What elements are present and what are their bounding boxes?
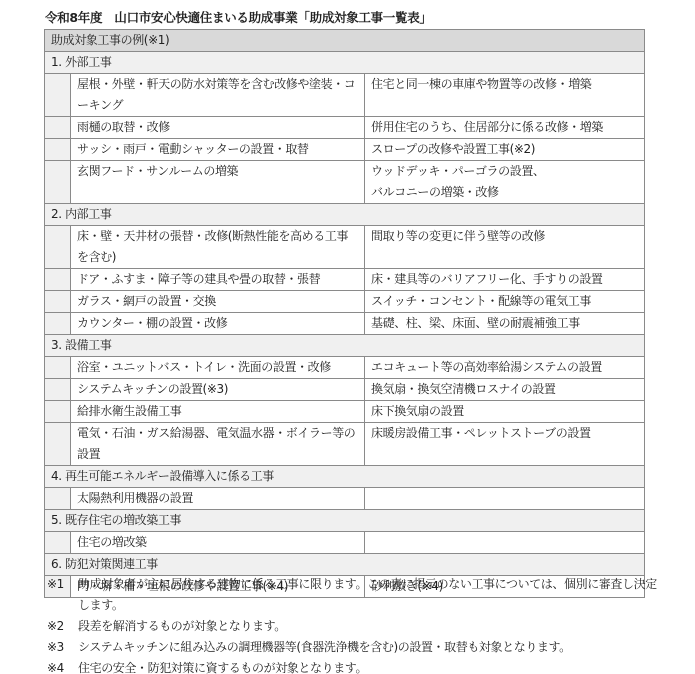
- table-row: 住宅の増改築: [45, 532, 645, 554]
- work-item-right: 換気扇・換気空清機ロスナイの設置: [365, 379, 645, 401]
- section-row: 5. 既存住宅の増改築工事: [45, 510, 645, 532]
- footnote: ※4住宅の安全・防犯対策に資するものが対象となります。: [47, 658, 667, 674]
- table-row: 電気・石油・ガス給湯器、電気温水器・ボイラー等の設置床暖房設備工事・ペレットスト…: [45, 423, 645, 466]
- footnote: ※2段差を解消するものが対象となります。: [47, 616, 667, 637]
- work-item-left: 住宅の増改築: [71, 532, 365, 554]
- footnote-mark: ※1: [47, 574, 78, 616]
- indent-spacer: [45, 161, 71, 204]
- section-row: 4. 再生可能エネルギー設備導入に係る工事: [45, 466, 645, 488]
- work-item-right: スロープの改修や設置工事(※2): [365, 139, 645, 161]
- table-row: ガラス・網戸の設置・交換スイッチ・コンセント・配線等の電気工事: [45, 291, 645, 313]
- footnote-text: システムキッチンに組み込みの調理機器等(食器洗浄機を含む)の設置・取替も対象とな…: [78, 637, 667, 658]
- section-title: 6. 防犯対策関連工事: [45, 554, 645, 576]
- section-row: 3. 設備工事: [45, 335, 645, 357]
- table-row: 玄関フード・サンルームの増築ウッドデッキ・パーゴラの設置、 バルコニーの増築・改…: [45, 161, 645, 204]
- work-item-right: 住宅と同一棟の車庫や物置等の改修・増築: [365, 74, 645, 117]
- work-item-left: 電気・石油・ガス給湯器、電気温水器・ボイラー等の設置: [71, 423, 365, 466]
- table-row: 雨樋の取替・改修併用住宅のうち、住居部分に係る改修・増築: [45, 117, 645, 139]
- work-item-left: 雨樋の取替・改修: [71, 117, 365, 139]
- table-row: サッシ・雨戸・電動シャッターの設置・取替スロープの改修や設置工事(※2): [45, 139, 645, 161]
- work-item-left: ドア・ふすま・障子等の建具や畳の取替・張替: [71, 269, 365, 291]
- indent-spacer: [45, 379, 71, 401]
- work-item-left: ガラス・網戸の設置・交換: [71, 291, 365, 313]
- section-title: 2. 内部工事: [45, 204, 645, 226]
- indent-spacer: [45, 291, 71, 313]
- indent-spacer: [45, 74, 71, 117]
- indent-spacer: [45, 401, 71, 423]
- footnote-text: 段差を解消するものが対象となります。: [78, 616, 667, 637]
- table-header: 助成対象工事の例(※1): [45, 30, 645, 52]
- footnote-mark: ※3: [47, 637, 78, 658]
- work-item-left: 玄関フード・サンルームの増築: [71, 161, 365, 204]
- work-item-left: 床・壁・天井材の張替・改修(断熱性能を高める工事を含む): [71, 226, 365, 269]
- footnote-mark: ※2: [47, 616, 78, 637]
- work-item-right: ウッドデッキ・パーゴラの設置、 バルコニーの増築・改修: [365, 161, 645, 204]
- document-title: 令和8年度 山口市安心快適住まいる助成事業「助成対象工事一覧表」: [45, 8, 432, 26]
- section-title: 5. 既存住宅の増改築工事: [45, 510, 645, 532]
- indent-spacer: [45, 313, 71, 335]
- section-row: 6. 防犯対策関連工事: [45, 554, 645, 576]
- indent-spacer: [45, 357, 71, 379]
- indent-spacer: [45, 269, 71, 291]
- section-row: 1. 外部工事: [45, 52, 645, 74]
- table-header-row: 助成対象工事の例(※1): [45, 30, 645, 52]
- work-item-left: カウンター・棚の設置・改修: [71, 313, 365, 335]
- work-item-left: 浴室・ユニットバス・トイレ・洗面の設置・改修: [71, 357, 365, 379]
- work-item-left: 給排水衛生設備工事: [71, 401, 365, 423]
- table-row: ドア・ふすま・障子等の建具や畳の取替・張替床・建具等のバリアフリー化、手すりの設…: [45, 269, 645, 291]
- work-item-right: 間取り等の変更に伴う壁等の改修: [365, 226, 645, 269]
- table-row: カウンター・棚の設置・改修基礎、柱、梁、床面、壁の耐震補強工事: [45, 313, 645, 335]
- footnote: ※3システムキッチンに組み込みの調理機器等(食器洗浄機を含む)の設置・取替も対象…: [47, 637, 667, 658]
- work-item-left: サッシ・雨戸・電動シャッターの設置・取替: [71, 139, 365, 161]
- footnote-text: 住宅の安全・防犯対策に資するものが対象となります。: [78, 658, 667, 674]
- table-row: 太陽熱利用機器の設置: [45, 488, 645, 510]
- section-title: 4. 再生可能エネルギー設備導入に係る工事: [45, 466, 645, 488]
- indent-spacer: [45, 117, 71, 139]
- work-item-right: [365, 532, 645, 554]
- eligible-works-table: 助成対象工事の例(※1) 1. 外部工事屋根・外壁・軒天の防水対策等を含む改修や…: [44, 29, 645, 598]
- table-row: 床・壁・天井材の張替・改修(断熱性能を高める工事を含む)間取り等の変更に伴う壁等…: [45, 226, 645, 269]
- work-item-left: 太陽熱利用機器の設置: [71, 488, 365, 510]
- section-title: 1. 外部工事: [45, 52, 645, 74]
- work-item-right: [365, 488, 645, 510]
- work-item-right: スイッチ・コンセント・配線等の電気工事: [365, 291, 645, 313]
- table-row: 屋根・外壁・軒天の防水対策等を含む改修や塗装・コーキング住宅と同一棟の車庫や物置…: [45, 74, 645, 117]
- work-item-left: システムキッチンの設置(※3): [71, 379, 365, 401]
- work-item-left: 屋根・外壁・軒天の防水対策等を含む改修や塗装・コーキング: [71, 74, 365, 117]
- indent-spacer: [45, 488, 71, 510]
- indent-spacer: [45, 423, 71, 466]
- footnote-mark: ※4: [47, 658, 78, 674]
- work-item-right: 併用住宅のうち、住居部分に係る改修・増築: [365, 117, 645, 139]
- footnote: ※1助成対象者が主に居住する建物に係る工事に限ります。この表に掲示のない工事につ…: [47, 574, 667, 616]
- work-item-right: 床暖房設備工事・ペレットストーブの設置: [365, 423, 645, 466]
- section-title: 3. 設備工事: [45, 335, 645, 357]
- footnotes: ※1助成対象者が主に居住する建物に係る工事に限ります。この表に掲示のない工事につ…: [47, 574, 667, 674]
- work-item-right: 床・建具等のバリアフリー化、手すりの設置: [365, 269, 645, 291]
- indent-spacer: [45, 226, 71, 269]
- table-row: 浴室・ユニットバス・トイレ・洗面の設置・改修エコキュート等の高効率給湯システムの…: [45, 357, 645, 379]
- footnote-text: 助成対象者が主に居住する建物に係る工事に限ります。この表に掲示のない工事について…: [78, 574, 667, 616]
- indent-spacer: [45, 139, 71, 161]
- table-row: 給排水衛生設備工事床下換気扇の設置: [45, 401, 645, 423]
- work-item-right: 基礎、柱、梁、床面、壁の耐震補強工事: [365, 313, 645, 335]
- work-item-right: エコキュート等の高効率給湯システムの設置: [365, 357, 645, 379]
- work-item-right: 床下換気扇の設置: [365, 401, 645, 423]
- section-row: 2. 内部工事: [45, 204, 645, 226]
- table-row: システムキッチンの設置(※3)換気扇・換気空清機ロスナイの設置: [45, 379, 645, 401]
- indent-spacer: [45, 532, 71, 554]
